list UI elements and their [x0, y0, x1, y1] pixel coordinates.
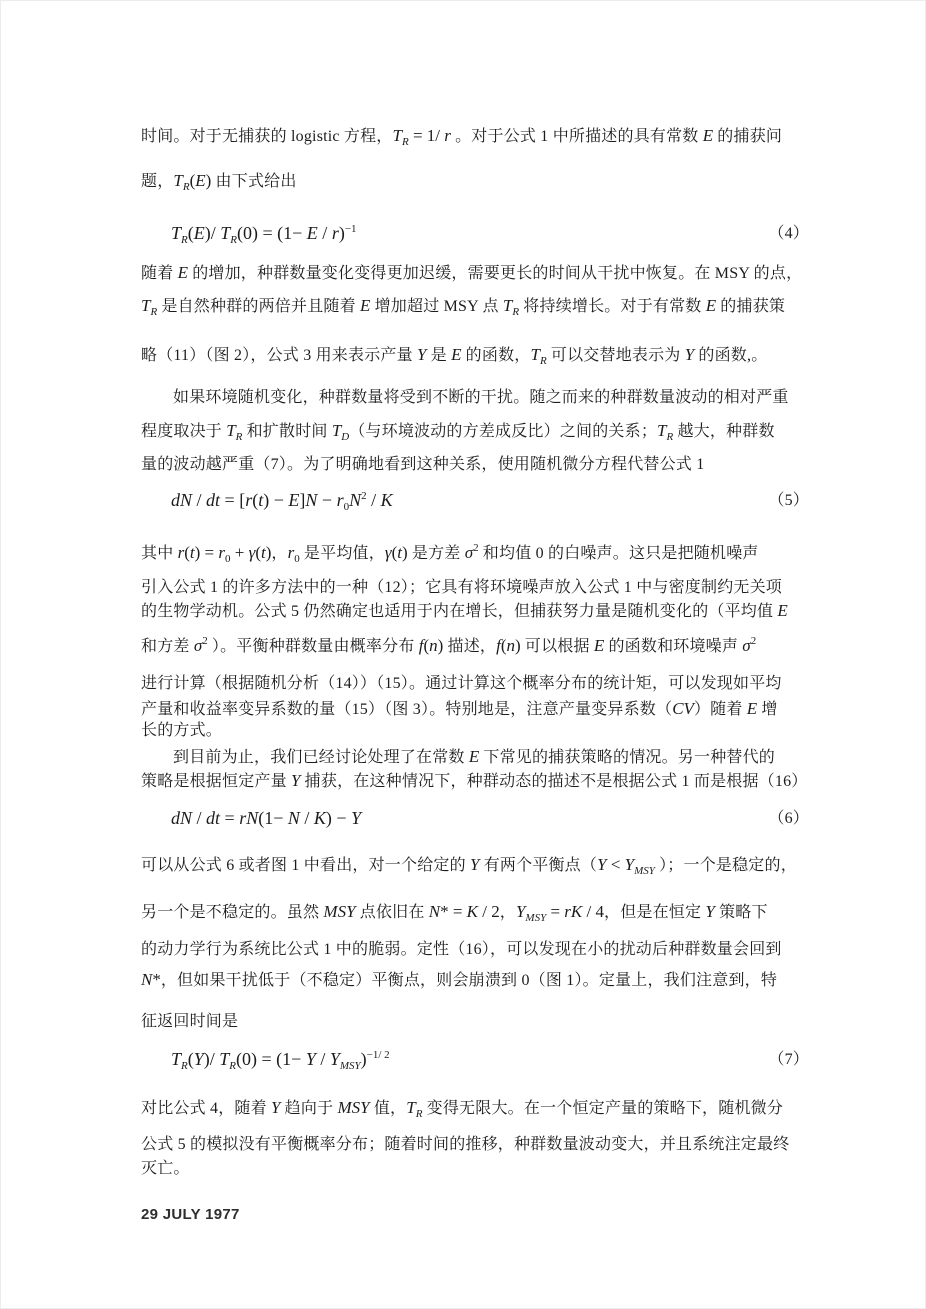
text-run: ）随着 [694, 701, 747, 718]
text-run: ，但如果干扰低于（不稳定）平衡点，则会崩溃到 0（图 1）。定量上，我们注意到，… [161, 972, 777, 989]
inline-math: TR [657, 421, 673, 440]
text-run: ）；一个是稳定的， [655, 857, 797, 874]
text-run: ）。平衡种群数量由概率分布 [208, 638, 419, 655]
equation-line: dN / dt = rN(1− N / K) − Y（6） [141, 805, 817, 832]
text-run: 对比公式 4，随着 [141, 1100, 271, 1117]
equation-number: （6） [768, 805, 809, 832]
equation-number: （5） [768, 487, 809, 514]
text-run: 的捕获策 [716, 298, 785, 315]
paragraph-line: 的动力学行为系统比公式 1 中的脆弱。定性（16），可以发现在小的扰动后种群数量… [141, 937, 817, 963]
inline-math: TD [332, 421, 349, 440]
text-run: 公式 5 的模拟没有平衡概率分布；随着时间的推移，种群数量波动变大，并且系统注定… [141, 1136, 789, 1153]
inline-math: TR [226, 421, 242, 440]
text-run: 题， [141, 173, 173, 190]
text-run: ，但是在恒定 [604, 904, 705, 921]
text-run: 时间。对于无捕获的 logistic 方程， [141, 128, 393, 145]
text-run: 趋向于 [280, 1100, 337, 1117]
inline-math: E [703, 126, 713, 145]
inline-math: E [178, 263, 188, 282]
inline-math: f(n) [496, 636, 521, 655]
inline-math: MSY [323, 902, 355, 921]
inline-math: σ2 [465, 543, 479, 562]
inline-math: E [747, 699, 757, 718]
paragraph-line: 略（11）（图 2），公式 3 用来表示产量 Y 是 E 的函数，TR 可以交替… [141, 342, 817, 369]
text-run: 的函数和环境噪声 [604, 638, 742, 655]
inline-math: TR(E) [173, 171, 211, 190]
paragraph-line: 量的波动越严重（7）。为了明确地看到这种关系，使用随机微分方程代替公式 1 [141, 452, 817, 478]
text-run: ， [500, 904, 516, 921]
text-run: 由下式给出 [211, 173, 296, 190]
paragraph-line: 公式 5 的模拟没有平衡概率分布；随着时间的推移，种群数量波动变大，并且系统注定… [141, 1132, 817, 1158]
text-run: 产量和收益率变异系数的量（15）（图 3）。特别地是，注意产量变异系数（ [141, 701, 672, 718]
inline-math: MSY [338, 1098, 370, 1117]
text-run: 其中 [141, 545, 178, 562]
text-run: 如果环境随机变化，种群数量将受到不断的干扰。随之而来的种群数量波动的相对严重 [173, 389, 789, 406]
text-run: 的捕获问 [713, 128, 782, 145]
paragraph-line: 和方差 σ2 ）。平衡种群数量由概率分布 f(n) 描述，f(n) 可以根据 E… [141, 633, 817, 660]
paragraph-line: 另一个是不稳定的。虽然 MSY 点依旧在 N* = K / 2，YMSY = r… [141, 899, 817, 926]
equation-number: （7） [768, 1046, 809, 1073]
paragraph-line: 征返回时间是 [141, 1009, 817, 1035]
paragraph-line: TR 是自然种群的两倍并且随着 E 增加超过 MSY 点 TR 将持续增长。对于… [141, 293, 817, 320]
inline-math: TR [531, 345, 547, 364]
text-run: 越大，种群数 [673, 423, 774, 440]
inline-math: TR = 1/ r [393, 126, 451, 145]
text-run: 的函数， [461, 347, 530, 364]
text-run: 可以交替地表示为 [547, 347, 685, 364]
text-run: 进行计算（根据随机分析（14））（15）。通过计算这个概率分布的统计矩，可以发现… [141, 675, 782, 692]
inline-math: N* = K / 2 [429, 902, 500, 921]
equation-expression: TR(E)/ TR(0) = (1− E / r)−1 [171, 223, 357, 243]
text-run: （与环境波动的方差成反比）之间的关系； [349, 423, 657, 440]
paragraph-line: 程度取决于 TR 和扩散时间 TD（与环境波动的方差成反比）之间的关系；TR 越… [141, 418, 817, 445]
inline-math: YMSY = rK / 4 [516, 902, 604, 921]
text-run: 随着 [141, 265, 178, 282]
inline-math: E [594, 636, 604, 655]
inline-math: r(t) = r0 + γ(t) [178, 543, 272, 562]
text-run: 到目前为止，我们已经讨论处理了在常数 [173, 749, 469, 766]
text-run: 是 [426, 347, 451, 364]
paragraph-line: 长的方式。 [141, 718, 817, 744]
inline-math: E [451, 345, 461, 364]
equation-line: TR(Y)/ TR(0) = (1− Y / YMSY)−1/ 2（7） [141, 1046, 817, 1073]
paragraph-line: N*，但如果干扰低于（不稳定）平衡点，则会崩溃到 0（图 1）。定量上，我们注意… [141, 967, 817, 994]
inline-math: Y < YMSY [597, 855, 655, 874]
text-run: 和方差 [141, 638, 194, 655]
text-run: 和均值 0 的白噪声。这只是把随机噪声 [479, 545, 759, 562]
text-run: 是平均值， [300, 545, 385, 562]
text-run: 引入公式 1 的许多方法中的一种（12）；它具有将环境噪声放入公式 1 中与密度… [141, 579, 782, 596]
inline-math: TR [503, 296, 519, 315]
inline-math: Y [705, 902, 714, 921]
inline-math: E [360, 296, 370, 315]
equation-line: dN / dt = [r(t) − E]N − r0N2 / K（5） [141, 487, 817, 514]
paragraph-line: 灭亡。 [141, 1156, 817, 1182]
inline-math: r0 [288, 543, 300, 562]
paragraph-line: 策略是根据恒定产量 Y 捕获，在这种情况下，种群动态的描述不是根据公式 1 而是… [141, 768, 817, 795]
inline-math: CV [672, 699, 694, 718]
text-run: 下常见的捕获策略的情况。另一种替代的 [479, 749, 775, 766]
text-run: 策略下 [715, 904, 768, 921]
paragraph-line: 对比公式 4，随着 Y 趋向于 MSY 值，TR 变得无限大。在一个恒定产量的策… [141, 1095, 817, 1122]
text-run: ， [271, 545, 287, 562]
text-run: 长的方式。 [141, 722, 222, 739]
paragraph-line: 进行计算（根据随机分析（14））（15）。通过计算这个概率分布的统计矩，可以发现… [141, 671, 817, 697]
paragraph-line: 其中 r(t) = r0 + γ(t)，r0 是平均值，γ(t) 是方差 σ2 … [141, 540, 817, 567]
text-run: 征返回时间是 [141, 1013, 238, 1030]
text-run: 的动力学行为系统比公式 1 中的脆弱。定性（16），可以发现在小的扰动后种群数量… [141, 941, 782, 958]
text-run: 的生物学动机。公式 5 仍然确定也适用于内在增长，但捕获努力量是随机变化的（平均… [141, 603, 777, 620]
text-run: 的函数,。 [694, 347, 767, 364]
text-run: 略（11）（图 2），公式 3 用来表示产量 [141, 347, 417, 364]
text-run: 描述， [443, 638, 496, 655]
text-run: 策略是根据恒定产量 [141, 773, 291, 790]
text-run: 增 [757, 701, 777, 718]
text-run: 可以从公式 6 或者图 1 中看出，对一个给定的 [141, 857, 470, 874]
inline-math: γ(t) [385, 543, 408, 562]
text-run: 是方差 [408, 545, 465, 562]
paragraph-line: 时间。对于无捕获的 logistic 方程，TR = 1/ r 。对于公式 1 … [141, 123, 817, 150]
inline-math: TR [141, 296, 157, 315]
text-run: 值， [370, 1100, 407, 1117]
text-run: 可以根据 [521, 638, 594, 655]
inline-math: E [469, 747, 479, 766]
text-run: 和扩散时间 [242, 423, 331, 440]
equation-expression: TR(Y)/ TR(0) = (1− Y / YMSY)−1/ 2 [171, 1049, 390, 1069]
inline-math: Y [685, 345, 694, 364]
text-run: 有两个平衡点（ [479, 857, 597, 874]
text-run: 捕获，在这种情况下，种群动态的描述不是根据公式 1 而是根据（16） [300, 773, 807, 790]
text-run: 灭亡。 [141, 1160, 190, 1177]
text-run: 的增加，种群数量变化变得更加迟缓，需要更长的时间从干扰中恢复。在 MSY 的点， [188, 265, 802, 282]
text-run: 程度取决于 [141, 423, 226, 440]
paragraph-line: 如果环境随机变化，种群数量将受到不断的干扰。随之而来的种群数量波动的相对严重 [141, 385, 817, 411]
text-run: 将持续增长。对于有常数 [519, 298, 706, 315]
inline-math: σ2 [194, 636, 208, 655]
inline-math: E [777, 601, 787, 620]
equation-line: TR(E)/ TR(0) = (1− E / r)−1（4） [141, 220, 817, 247]
paragraph-line: 的生物学动机。公式 5 仍然确定也适用于内在增长，但捕获努力量是随机变化的（平均… [141, 598, 817, 625]
inline-math: E [706, 296, 716, 315]
text-run: 点依旧在 [356, 904, 429, 921]
equation-number: （4） [768, 220, 809, 247]
document-page: 时间。对于无捕获的 logistic 方程，TR = 1/ r 。对于公式 1 … [0, 0, 926, 1309]
text-run: 量的波动越严重（7）。为了明确地看到这种关系，使用随机微分方程代替公式 1 [141, 456, 704, 473]
inline-math: TR [406, 1098, 422, 1117]
text-run: 增加超过 MSY 点 [370, 298, 503, 315]
paragraph-line: 随着 E 的增加，种群数量变化变得更加迟缓，需要更长的时间从干扰中恢复。在 MS… [141, 260, 817, 287]
paragraph-line: 到目前为止，我们已经讨论处理了在常数 E 下常见的捕获策略的情况。另一种替代的 [141, 744, 817, 771]
inline-math: σ2 [742, 636, 756, 655]
paragraph-line: 题，TR(E) 由下式给出 [141, 168, 817, 195]
equation-expression: dN / dt = rN(1− N / K) − Y [171, 808, 361, 828]
text-run: 变得无限大。在一个恒定产量的策略下，随机微分 [422, 1100, 783, 1117]
inline-math: N* [141, 970, 161, 989]
text-run: 另一个是不稳定的。虽然 [141, 904, 323, 921]
inline-math: f(n) [419, 636, 444, 655]
equation-expression: dN / dt = [r(t) − E]N − r0N2 / K [171, 490, 393, 510]
paragraph-line: 可以从公式 6 或者图 1 中看出，对一个给定的 Y 有两个平衡点（Y < YM… [141, 852, 817, 879]
page-footer-date: 29 JULY 1977 [141, 1206, 240, 1223]
text-run: 。对于公式 1 中所描述的具有常数 [451, 128, 703, 145]
text-run: 是自然种群的两倍并且随着 [157, 298, 360, 315]
